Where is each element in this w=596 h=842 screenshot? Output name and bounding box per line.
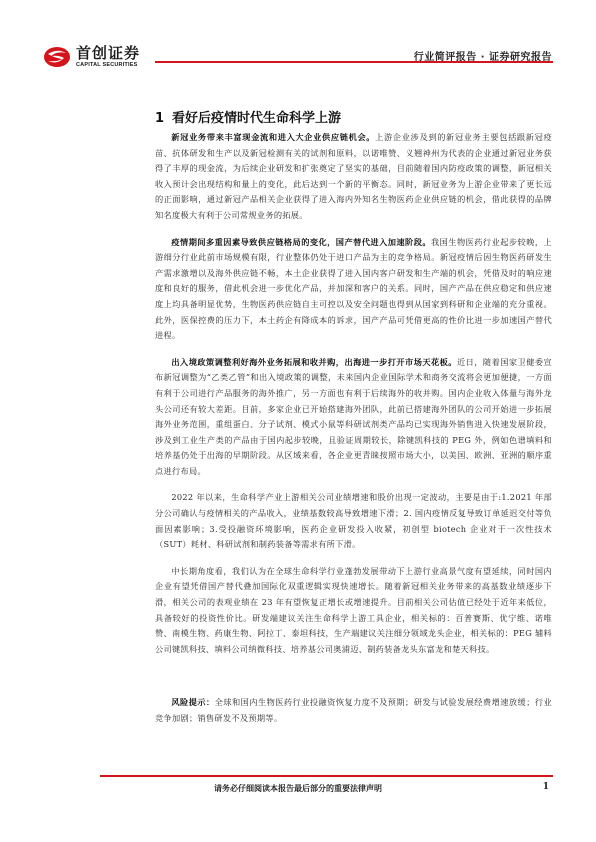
paragraph-text: 2022 年以来，生命科学产业上游相关公司业绩增速和股价出现一定波动，主要是由于… (155, 492, 552, 549)
page-header: 首创证券 CAPITAL SECURITIES 行业简评报告 · 证券研究报告 (0, 0, 596, 80)
page-number: 1 (543, 782, 549, 792)
report-type-label: 行业简评报告 · 证券研究报告 (414, 48, 552, 63)
company-logo: 首创证券 CAPITAL SECURITIES (43, 46, 140, 69)
section-heading: 1看好后疫情时代生命科学上游 (155, 107, 341, 126)
paragraph-2022-performance: 2022 年以来，生命科学产业上游相关公司业绩增速和股价出现一定波动，主要是由于… (155, 490, 552, 552)
paragraph-supply-chain: 疫情期间多重因素导致供应链格局的变化，国产替代进入加速阶段。我国生物医药行业起步… (155, 235, 552, 344)
paragraph-lead: 疫情期间多重因素导致供应链格局的变化，国产替代进入加速阶段。 (171, 237, 431, 247)
paragraph-text: 中长期角度看，我们认为在全球生命科学行业蓬勃发展带动下上游行业高景气度有望延续，… (155, 566, 552, 654)
paragraph-risk-warning: 风险提示：全球和国内生物医药行业投融资恢复力度不及预期；研发与试验发展经费增速放… (155, 695, 552, 726)
paragraph-text: 我国生物医药行业起步较晚，上游细分行业此前市场规模有限，行业整体仍处于进口产品为… (155, 237, 552, 341)
logo-english-name: CAPITAL SECURITIES (76, 63, 140, 69)
footer-divider (100, 775, 553, 777)
section-title-text: 看好后疫情时代生命科学上游 (172, 111, 341, 126)
report-body: 新冠业务带来丰富现金流和进入大企业供应链机会。上游企业涉及到的新冠业务主要包括跟… (155, 130, 552, 738)
logo-chinese-name: 首创证券 (76, 46, 140, 61)
paragraph-text: 上游企业涉及到的新冠业务主要包括跟新冠疫苗、抗体研发和生产以及新冠检测有关的试剂… (155, 132, 552, 220)
paragraph-long-term-outlook: 中长期角度看，我们认为在全球生命科学行业蓬勃发展带动下上游行业高景气度有望延续，… (155, 564, 552, 658)
paragraph-lead: 新冠业务带来丰富现金流和进入大企业供应链机会。 (171, 132, 375, 142)
risk-text: 全球和国内生物医药行业投融资恢复力度不及预期；研发与试验发展经费增速放缓；行业竞… (155, 697, 552, 723)
capital-securities-logo-icon (43, 46, 71, 68)
paragraph-overseas-expansion: 出入境政策调整利好海外业务拓展和收并购，出海进一步打开市场天花板。近日，随着国家… (155, 355, 552, 480)
section-number: 1 (155, 111, 164, 126)
paragraph-text: 近日，随着国家卫健委宣布新冠调整为“乙类乙管”和出入境政策的调整，未来国内企业国… (155, 357, 552, 476)
paragraph-lead: 出入境政策调整利好海外业务拓展和收并购，出海进一步打开市场天花板。 (171, 357, 457, 367)
legal-disclaimer-note: 请务必仔细阅读本报告最后部分的重要法律声明 (0, 783, 596, 794)
risk-label: 风险提示： (171, 697, 214, 707)
paragraph-covid-cashflow: 新冠业务带来丰富现金流和进入大企业供应链机会。上游企业涉及到的新冠业务主要包括跟… (155, 130, 552, 224)
